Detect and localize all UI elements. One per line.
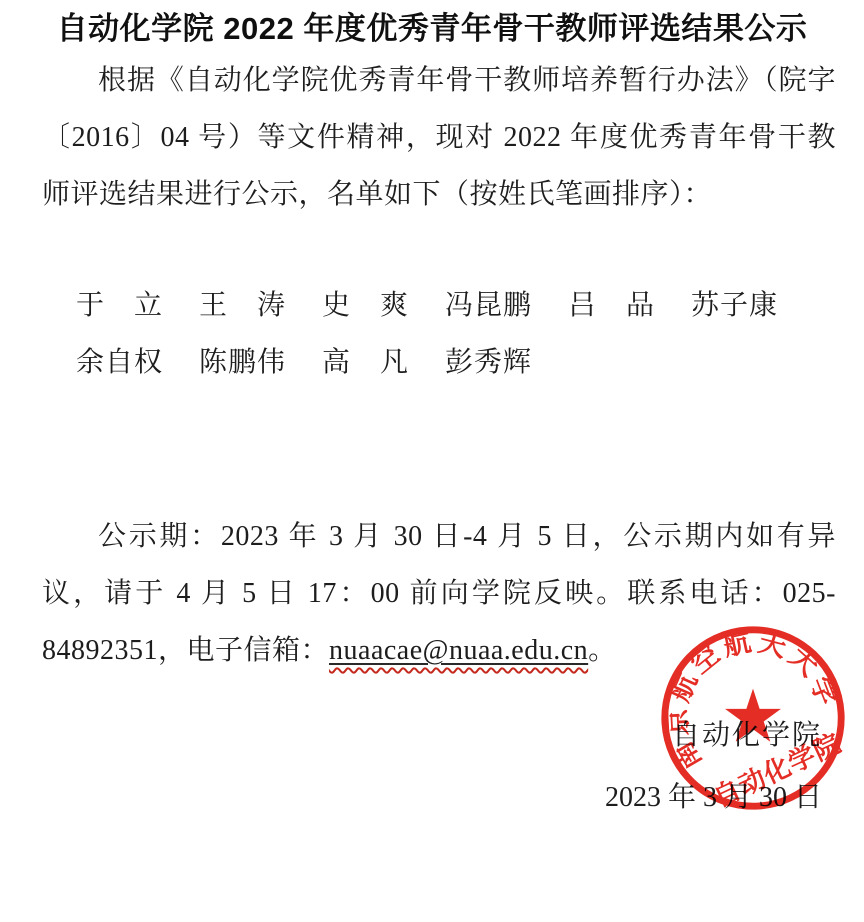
name-item: 冯昆鹏 [445, 277, 531, 334]
seal-star-icon [725, 689, 781, 742]
name-item: 吕品 [568, 277, 654, 334]
name-item: 陈鹏伟 [199, 334, 285, 391]
intro-paragraph: 根据《自动化学院优秀青年骨干教师培养暂行办法》（院字〔2016〕04 号）等文件… [42, 52, 836, 223]
names-list: 于立 王涛 史爽 冯昆鹏 吕品 苏子康 余自权 陈鹏伟 高凡 彭秀辉 [0, 277, 864, 391]
page-title: 自动化学院 2022 年度优秀青年骨干教师评选结果公示 [0, 0, 864, 50]
name-item: 于立 [76, 277, 162, 334]
name-item: 余自权 [76, 334, 162, 391]
name-item: 王涛 [199, 277, 285, 334]
document-page: 自动化学院 2022 年度优秀青年骨干教师评选结果公示 根据《自动化学院优秀青年… [0, 0, 864, 922]
name-item: 彭秀辉 [445, 334, 531, 391]
official-seal: 南京航空航天大学 自动化学院 [655, 620, 851, 816]
names-row-2: 余自权 陈鹏伟 高凡 彭秀辉 [42, 334, 836, 391]
name-item: 史爽 [322, 277, 408, 334]
notice-period: 。 [588, 635, 617, 666]
email-link[interactable]: nuaacae@nuaa.edu.cn [329, 635, 588, 666]
email-text: nuaacae@nuaa.edu.cn [329, 635, 588, 666]
name-item: 苏子康 [691, 277, 777, 334]
name-item: 高凡 [322, 334, 408, 391]
names-row-1: 于立 王涛 史爽 冯昆鹏 吕品 苏子康 [42, 277, 836, 334]
